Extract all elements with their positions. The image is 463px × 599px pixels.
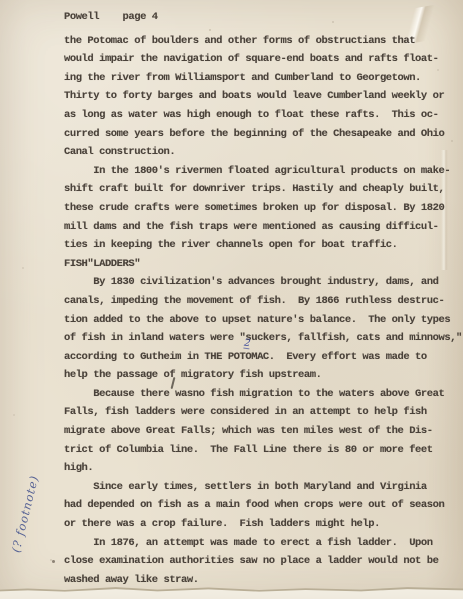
- text-line: had depended on fish as a main food when…: [64, 496, 463, 515]
- text-line: help the passage of migratory fish upstr…: [64, 366, 463, 385]
- text-line: Thirty to forty barges and boats would l…: [64, 87, 463, 106]
- text-line: mill dams and the fish traps were mentio…: [64, 218, 463, 237]
- text-line: as long as water was high enough to floa…: [64, 106, 463, 125]
- text-line: the Potomac of boulders and other forms …: [64, 32, 463, 51]
- text-line: tion added to the above to upset nature'…: [64, 311, 463, 330]
- text-line: close examination authorities saw no pla…: [64, 552, 463, 571]
- text-line: FISH"LADDERS": [64, 255, 463, 274]
- text-line: high.: [64, 459, 463, 478]
- document-text-column: Powell page 4 the Potomac of boulders an…: [0, 8, 463, 589]
- text-line: ties in keeping the river channels open …: [64, 236, 463, 255]
- text-line: washed away like straw.: [64, 571, 463, 590]
- ink-smudge: [52, 560, 55, 563]
- text-line: migrate above Great Falls; which was ten…: [64, 422, 463, 441]
- text-line: canals, impeding the movement of fish. B…: [64, 292, 463, 311]
- handwritten-footnote-number: 2: [243, 339, 251, 350]
- text-line: would impair the navigation of square-en…: [64, 50, 463, 69]
- text-line: curred some years before the beginning o…: [64, 125, 463, 144]
- text-line: Since early times, settlers in both Mary…: [64, 478, 463, 497]
- scanned-typewritten-page: Powell page 4 the Potomac of boulders an…: [0, 0, 463, 599]
- text-line: Because there wasno fish migration to th…: [64, 385, 463, 404]
- text-line: In the 1800's rivermen floated agricultu…: [64, 162, 463, 181]
- text-line: of fish in inland waters were "suckers, …: [64, 329, 463, 348]
- page-header: Powell page 4: [64, 8, 463, 27]
- document-body: the Potomac of boulders and other forms …: [64, 32, 463, 590]
- text-line: according to Gutheim in THE POTOMAC. Eve…: [64, 348, 463, 367]
- text-line: By 1830 civilization's advances brought …: [64, 273, 463, 292]
- text-line: Canal construction.: [64, 143, 463, 162]
- text-line: Falls, fish ladders were considered in a…: [64, 403, 463, 422]
- text-line: shift craft built for downriver trips. H…: [64, 180, 463, 199]
- text-line: or there was a crop failure. Fish ladder…: [64, 515, 463, 534]
- text-line: ing the river from Williamsport and Cumb…: [64, 69, 463, 88]
- text-line: these crude crafts were sometimes broken…: [64, 199, 463, 218]
- text-line: trict of Columbia line. The Fall Line th…: [64, 441, 463, 460]
- text-line: In 1876, an attempt was made to erect a …: [64, 534, 463, 553]
